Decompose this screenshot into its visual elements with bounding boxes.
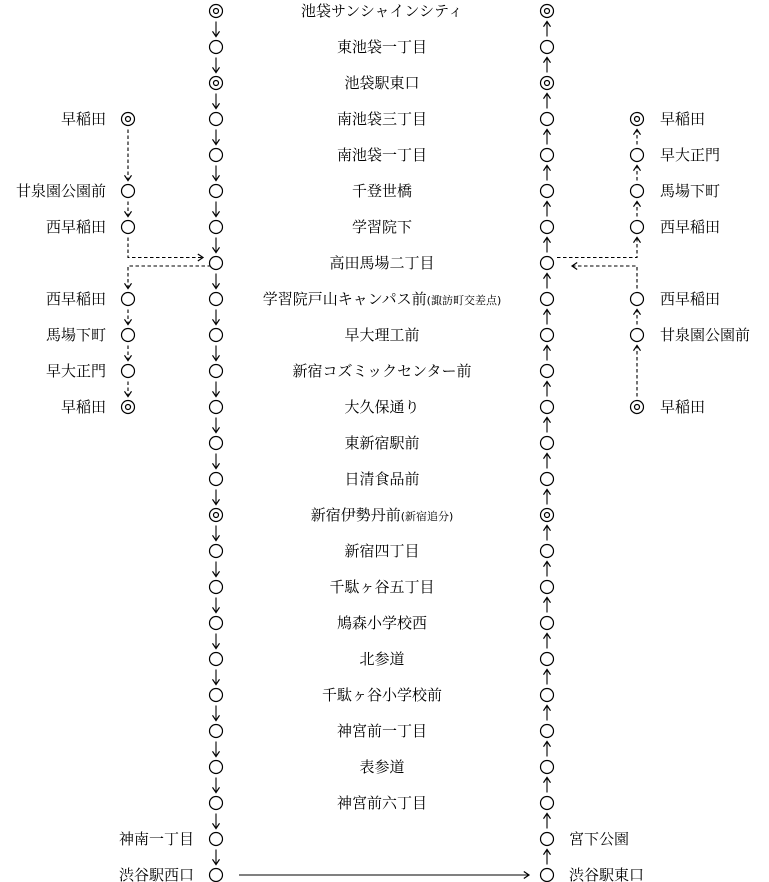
- station-label: 渋谷駅東口: [569, 866, 644, 882]
- station-name: 甘泉園公園前: [660, 326, 750, 344]
- branch-leave-arrow: [128, 266, 211, 289]
- stop-marker: [122, 329, 135, 342]
- station-name: 甘泉園公園前: [16, 182, 106, 200]
- station-name: 早稲田: [660, 398, 705, 416]
- station-label: 西早稲田: [46, 290, 106, 308]
- terminal-inner-ring: [635, 117, 640, 122]
- station-name: 早稲田: [61, 110, 106, 128]
- stop-marker: [541, 437, 554, 450]
- station-name-note: (新宿追分): [401, 509, 454, 523]
- stop-marker: [210, 761, 223, 774]
- terminal-inner-ring: [635, 405, 640, 410]
- stop-marker: [210, 149, 223, 162]
- stop-marker: [631, 149, 644, 162]
- station-label: 早稲田: [660, 398, 705, 416]
- stop-marker: [210, 293, 223, 306]
- stop-marker: [210, 869, 223, 882]
- station-name: 渋谷駅東口: [569, 866, 644, 882]
- stop-marker: [541, 113, 554, 126]
- station-label: 千登世橋: [352, 182, 412, 200]
- station-label: 南池袋三丁目: [337, 110, 427, 128]
- stop-marker: [541, 581, 554, 594]
- station-label: 早大理工前: [344, 326, 419, 344]
- station-label: 神宮前六丁目: [337, 794, 427, 812]
- stop-marker: [541, 545, 554, 558]
- station-name: 西早稲田: [46, 290, 106, 308]
- stop-marker: [210, 401, 223, 414]
- station-label: 馬場下町: [46, 326, 106, 344]
- station-label: 馬場下町: [660, 182, 720, 200]
- station-label: 高田馬場二丁目: [329, 254, 434, 272]
- station-name: 渋谷駅西口: [119, 866, 194, 882]
- stop-marker: [541, 833, 554, 846]
- branch-leave-arrow: [557, 238, 637, 258]
- route-diagram-page: 池袋サンシャインシティ東池袋一丁目池袋駅東口南池袋三丁目南池袋一丁目千登世橋学習…: [0, 0, 769, 882]
- station-name: 南池袋三丁目: [337, 110, 427, 128]
- stop-marker: [631, 185, 644, 198]
- station-label: 日清食品前: [344, 470, 419, 488]
- station-label: 渋谷駅西口: [119, 866, 194, 882]
- station-name: 千駄ヶ谷小学校前: [322, 686, 442, 704]
- stop-marker: [541, 473, 554, 486]
- stop-marker: [210, 113, 223, 126]
- station-name: 宮下公園: [569, 830, 629, 848]
- terminal-inner-ring: [545, 513, 550, 518]
- station-label: 宮下公園: [569, 830, 629, 848]
- station-label: 池袋駅東口: [344, 74, 419, 92]
- station-label: 早大正門: [46, 362, 106, 380]
- station-name: 千登世橋: [352, 182, 412, 200]
- station-label: 甘泉園公園前: [16, 182, 106, 200]
- stop-marker: [631, 221, 644, 234]
- station-name: 学習院戸山キャンパス前: [263, 290, 427, 308]
- station-name: 東池袋一丁目: [337, 38, 427, 56]
- stop-marker: [541, 653, 554, 666]
- station-label: 学習院戸山キャンパス前(諏訪町交差点): [263, 290, 502, 308]
- station-label: 東新宿駅前: [344, 434, 419, 452]
- station-name: 神南一丁目: [119, 830, 194, 848]
- station-name: 神宮前六丁目: [337, 794, 427, 812]
- stop-marker: [631, 329, 644, 342]
- stop-marker: [210, 617, 223, 630]
- stop-marker: [210, 437, 223, 450]
- stop-marker: [210, 725, 223, 738]
- station-label: 早稲田: [61, 110, 106, 128]
- station-name: 千駄ヶ谷五丁目: [329, 578, 434, 596]
- station-name: 日清食品前: [344, 470, 419, 488]
- station-name: 北参道: [359, 650, 404, 668]
- station-label: 東池袋一丁目: [337, 38, 427, 56]
- station-label: 早稲田: [61, 398, 106, 416]
- station-name-note: (諏訪町交差点): [427, 293, 502, 307]
- terminal-inner-ring: [126, 405, 131, 410]
- terminal-inner-ring: [214, 9, 219, 14]
- bus-route-diagram: 池袋サンシャインシティ東池袋一丁目池袋駅東口南池袋三丁目南池袋一丁目千登世橋学習…: [0, 0, 769, 882]
- station-name: 西早稲田: [660, 290, 720, 308]
- station-name: 東新宿駅前: [344, 434, 419, 452]
- stop-marker: [122, 365, 135, 378]
- station-label: 西早稲田: [660, 218, 720, 236]
- station-name: 早稲田: [660, 110, 705, 128]
- stop-marker: [122, 293, 135, 306]
- station-name: 早大理工前: [344, 326, 419, 344]
- station-label: 大久保通り: [344, 398, 419, 416]
- station-label: 北参道: [359, 650, 404, 668]
- station-name: 神宮前一丁目: [337, 722, 427, 740]
- stop-marker: [122, 185, 135, 198]
- station-name: 高田馬場二丁目: [329, 254, 434, 272]
- station-label: 西早稲田: [46, 218, 106, 236]
- station-name: 馬場下町: [660, 182, 720, 200]
- stop-marker: [541, 617, 554, 630]
- station-label: 神南一丁目: [119, 830, 194, 848]
- station-label: 早大正門: [660, 146, 720, 164]
- station-name: 新宿四丁目: [344, 542, 419, 560]
- station-labels: 池袋サンシャインシティ東池袋一丁目池袋駅東口南池袋三丁目南池袋一丁目千登世橋学習…: [16, 2, 750, 882]
- stop-marker: [541, 329, 554, 342]
- station-label: 南池袋一丁目: [337, 146, 427, 164]
- station-name: 早稲田: [61, 398, 106, 416]
- stop-marker: [210, 797, 223, 810]
- stop-marker: [541, 401, 554, 414]
- station-name: 南池袋一丁目: [337, 146, 427, 164]
- stop-marker: [210, 185, 223, 198]
- station-name: 新宿コズミックセンター前: [292, 362, 471, 380]
- stop-marker: [541, 797, 554, 810]
- stop-marker: [541, 149, 554, 162]
- station-name: 西早稲田: [660, 218, 720, 236]
- stop-marker: [541, 761, 554, 774]
- stop-marker: [541, 725, 554, 738]
- station-name: 池袋サンシャインシティ: [301, 2, 463, 20]
- station-label: 早稲田: [660, 110, 705, 128]
- terminal-inner-ring: [545, 9, 550, 14]
- stop-marker: [541, 869, 554, 882]
- terminal-inner-ring: [126, 117, 131, 122]
- stop-marker: [541, 221, 554, 234]
- station-name: 鳩森小学校西: [337, 614, 427, 632]
- stop-marker: [210, 581, 223, 594]
- station-label: 甘泉園公園前: [660, 326, 750, 344]
- station-label: 千駄ヶ谷小学校前: [322, 686, 442, 704]
- station-name: 馬場下町: [46, 326, 106, 344]
- station-label: 神宮前一丁目: [337, 722, 427, 740]
- station-name: 早大正門: [660, 146, 720, 164]
- station-label: 鳩森小学校西: [337, 614, 427, 632]
- station-name: 新宿伊勢丹前: [311, 506, 401, 524]
- stop-marker: [210, 329, 223, 342]
- stop-marker: [210, 689, 223, 702]
- station-name: 西早稲田: [46, 218, 106, 236]
- station-label: 新宿伊勢丹前(新宿追分): [311, 506, 454, 524]
- terminal-inner-ring: [214, 81, 219, 86]
- station-label: 新宿コズミックセンター前: [292, 362, 471, 380]
- station-label: 千駄ヶ谷五丁目: [329, 578, 434, 596]
- station-label: 表参道: [359, 758, 404, 776]
- station-name: 大久保通り: [344, 398, 419, 416]
- station-name: 早大正門: [46, 362, 106, 380]
- station-label: 新宿四丁目: [344, 542, 419, 560]
- station-name: 池袋駅東口: [344, 74, 419, 92]
- station-name: 表参道: [359, 758, 404, 776]
- stop-marker: [210, 545, 223, 558]
- stop-marker: [541, 257, 554, 270]
- stop-marker: [541, 293, 554, 306]
- stop-marker: [631, 293, 644, 306]
- stop-marker: [210, 41, 223, 54]
- stop-marker: [210, 653, 223, 666]
- station-name: 学習院下: [352, 218, 412, 236]
- station-label: 学習院下: [352, 218, 412, 236]
- stop-marker: [210, 833, 223, 846]
- stop-marker: [122, 221, 135, 234]
- stop-marker: [210, 365, 223, 378]
- terminal-inner-ring: [214, 513, 219, 518]
- station-label: 西早稲田: [660, 290, 720, 308]
- stop-marker: [541, 185, 554, 198]
- stop-marker: [210, 257, 223, 270]
- stop-marker: [541, 41, 554, 54]
- terminal-inner-ring: [545, 81, 550, 86]
- branch-join-arrow: [128, 238, 203, 258]
- stop-marker: [541, 689, 554, 702]
- stop-marker: [210, 473, 223, 486]
- station-label: 池袋サンシャインシティ: [301, 2, 463, 20]
- stop-marker: [541, 365, 554, 378]
- stop-marker: [210, 221, 223, 234]
- branch-join-arrow: [572, 266, 637, 289]
- bus-route-diagram-svg: 池袋サンシャインシティ東池袋一丁目池袋駅東口南池袋三丁目南池袋一丁目千登世橋学習…: [0, 0, 769, 882]
